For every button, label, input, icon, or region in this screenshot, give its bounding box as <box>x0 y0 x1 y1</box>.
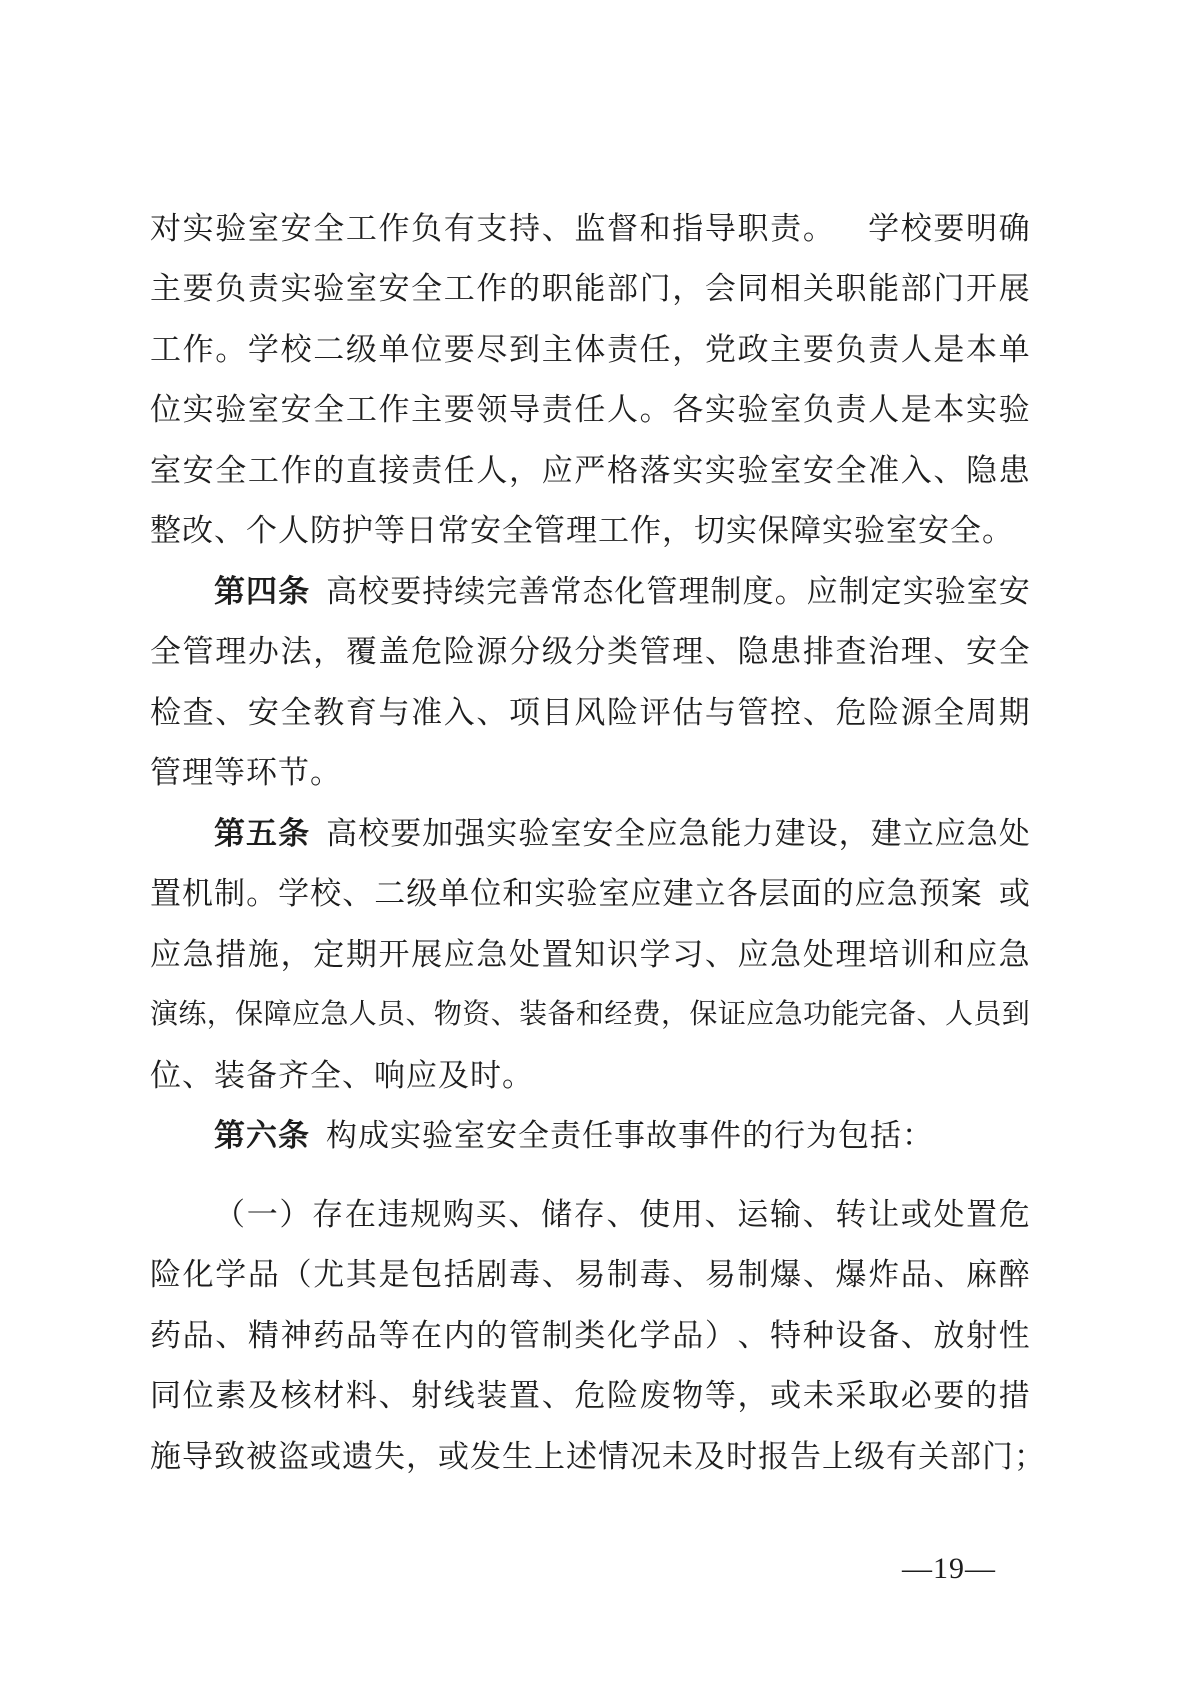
text-line: 室安全工作的直接责任人，应严格落实实验室安全准入、隐患 <box>150 440 1030 501</box>
paragraph-continuation: 对实验室安全工作负有支持、监督和指导职责。学校要明确主要负责实验室安全工作的职能… <box>150 198 1030 561</box>
text-line: 同位素及核材料、射线装置、危险废物等，或未采取必要的措 <box>150 1366 1030 1427</box>
text-line: 险化学品（尤其是包括剧毒、易制毒、易制爆、爆炸品、麻醉 <box>150 1245 1030 1306</box>
text-line: 全管理办法，覆盖危险源分级分类管理、隐患排查治理、安全 <box>150 622 1030 683</box>
text-line: 第五条高校要加强实验室安全应急能力建设，建立应急处 <box>150 803 1030 864</box>
text-line: 演练，保障应急人员、物资、装备和经费，保证应急功能完备、人员到 <box>150 985 1030 1046</box>
paragraph-article-5: 第五条高校要加强实验室安全应急能力建设，建立应急处置机制。学校、二级单位和实验室… <box>150 803 1030 1106</box>
paragraph-article-4: 第四条高校要持续完善常态化管理制度。应制定实验室安全管理办法，覆盖危险源分级分类… <box>150 561 1030 803</box>
text-line: 第四条高校要持续完善常态化管理制度。应制定实验室安 <box>150 561 1030 622</box>
document-page: 对实验室安全工作负有支持、监督和指导职责。学校要明确主要负责实验室安全工作的职能… <box>0 0 1191 1684</box>
text-line: 检查、安全教育与准入、项目风险评估与管控、危险源全周期 <box>150 682 1030 743</box>
text-block: 对实验室安全工作负有支持、监督和指导职责。学校要明确主要负责实验室安全工作的职能… <box>150 198 1030 1487</box>
text-line: 第六条构成实验室安全责任事故事件的行为包括： <box>150 1106 1030 1167</box>
text-line: 置机制。学校、二级单位和实验室应建立各层面的应急预案或 <box>150 864 1030 925</box>
text-line: 应急措施，定期开展应急处置知识学习、应急处理培训和应急 <box>150 924 1030 985</box>
paragraph-article-6: 第六条构成实验室安全责任事故事件的行为包括： <box>150 1106 1030 1167</box>
text-line: 药品、精神药品等在内的管制类化学品）、特种设备、放射性 <box>150 1305 1030 1366</box>
text-line: 主要负责实验室安全工作的职能部门，会同相关职能部门开展 <box>150 259 1030 320</box>
text-line: （一）存在违规购买、储存、使用、运输、转让或处置危 <box>150 1184 1030 1245</box>
text-line: 施导致被盗或遗失，或发生上述情况未及时报告上级有关部门； <box>150 1426 1030 1487</box>
page-number: —19— <box>902 1552 996 1586</box>
text-line: 位、装备齐全、响应及时。 <box>150 1045 1030 1106</box>
text-line: 对实验室安全工作负有支持、监督和指导职责。学校要明确 <box>150 198 1030 259</box>
paragraph-item-1: （一）存在违规购买、储存、使用、运输、转让或处置危险化学品（尤其是包括剧毒、易制… <box>150 1184 1030 1487</box>
text-line: 工作。学校二级单位要尽到主体责任，党政主要负责人是本单 <box>150 319 1030 380</box>
text-line: 位实验室安全工作主要领导责任人。各实验室负责人是本实验 <box>150 380 1030 441</box>
text-line: 整改、个人防护等日常安全管理工作，切实保障实验室安全。 <box>150 501 1030 562</box>
text-line: 管理等环节。 <box>150 743 1030 804</box>
